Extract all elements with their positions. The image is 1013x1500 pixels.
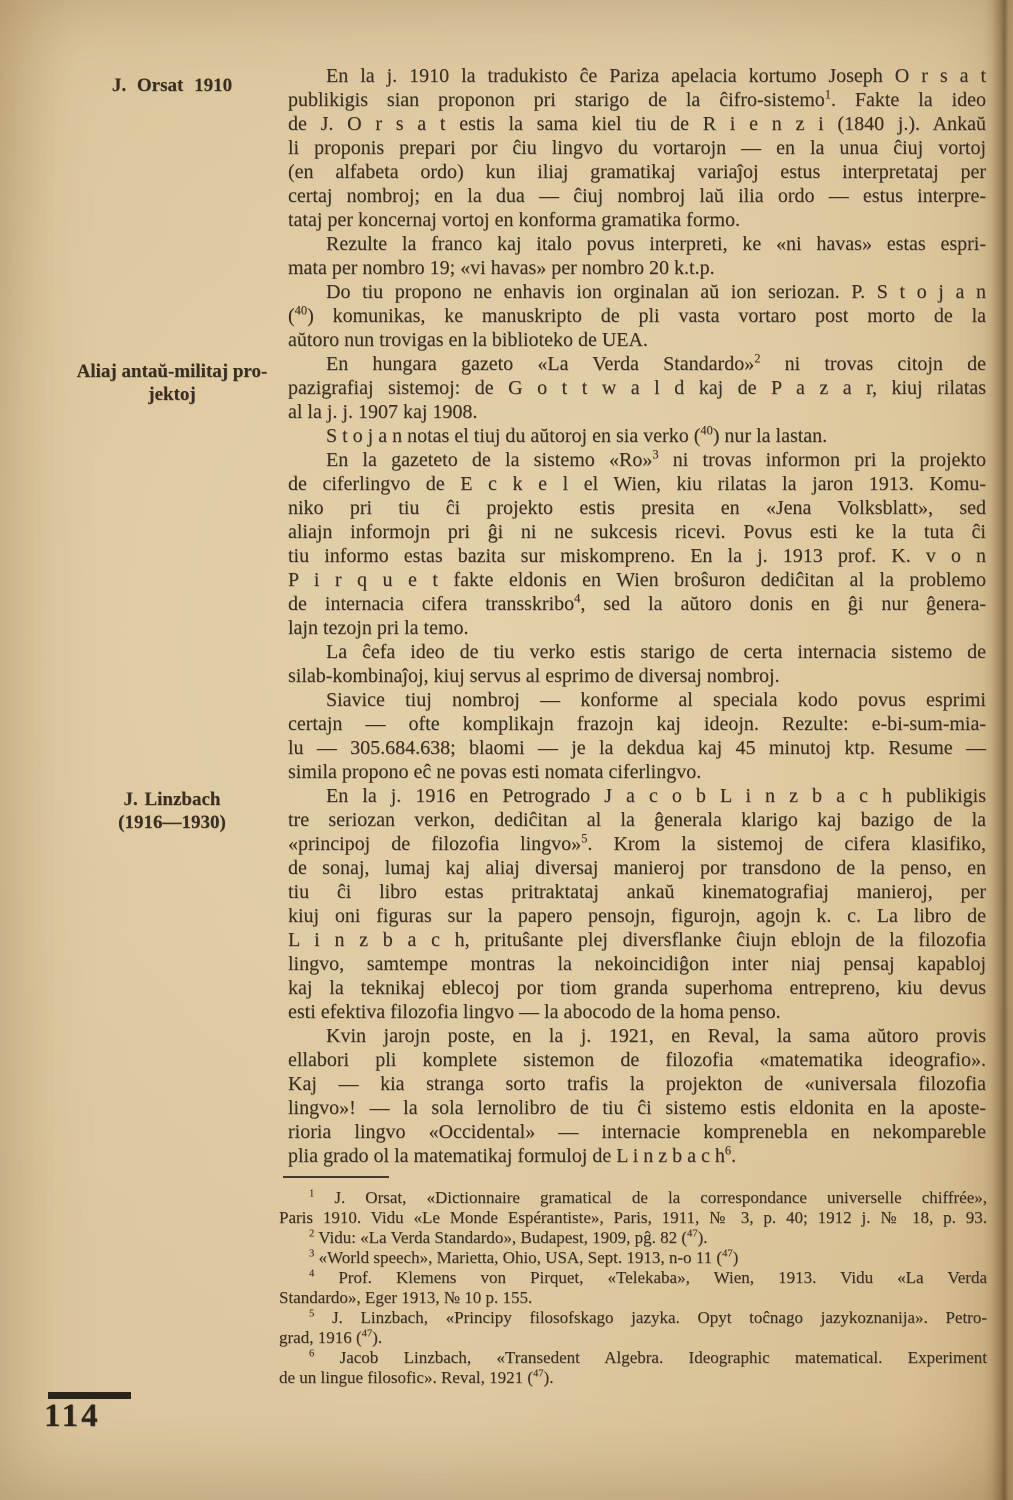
text-line: L i n z b a c h, prituŝante plej diversf… bbox=[288, 928, 986, 952]
margin-note-line: Aliaj antaŭ-militaj pro- bbox=[56, 360, 288, 383]
text-line: Rezulte la franco kaj italo povus interp… bbox=[288, 232, 986, 256]
text-line: P i r q u e t fakte eldonis en Wien broŝ… bbox=[288, 568, 986, 592]
text-line-paragraph: En la gazeteto de la sistemo «Ro»3 ni tr… bbox=[288, 448, 986, 640]
text-line: Kaj — kia stranga sorto trafis la projek… bbox=[288, 1072, 986, 1096]
text-line: tiu ĉi libro estas pritraktataj ankaŭ ki… bbox=[288, 880, 986, 904]
text-line: publikigis sian proponon pri starigo de … bbox=[288, 88, 986, 112]
footnote-line: 3 «World speech», Marietta, Ohio, USA, S… bbox=[279, 1248, 987, 1268]
margin-note-line: J. Orsat 1910 bbox=[56, 74, 288, 97]
text-line: En hungara gazeto «La Verda Standardo»2 … bbox=[288, 352, 986, 376]
page-number: 114 bbox=[44, 1398, 101, 1435]
text-line-paragraph: Siavice tiuj nombroj — konforme al speci… bbox=[288, 688, 986, 784]
text-line: plia grado ol la matematikaj formuloj de… bbox=[288, 1144, 986, 1168]
text-line: kiuj oni figuras sur la papero pensojn, … bbox=[288, 904, 986, 928]
text-line: mata per nombro 19; «vi havas» per nombr… bbox=[288, 256, 986, 280]
text-line: tataj per koncernaj vortoj en konforma g… bbox=[288, 208, 986, 232]
text-line: pazigrafiaj sistemoj: de G o t t w a l d… bbox=[288, 376, 986, 400]
text-line: de sonaj, lumaj kaj aliaj diversaj manie… bbox=[288, 856, 986, 880]
footnote-line: 6 Jacob Linzbach, «Transedent Algebra. I… bbox=[279, 1348, 987, 1368]
text-line-paragraph: La ĉefa ideo de tiu verko estis starigo … bbox=[288, 640, 986, 688]
footnote-line-paragraph: 1 J. Orsat, «Dictionnaire gramatical de … bbox=[279, 1188, 987, 1228]
text-line: lajn tezojn pri la temo. bbox=[288, 616, 986, 640]
text-line: lingvo»! — la sola lernolibro de tiu ĉi … bbox=[288, 1096, 986, 1120]
text-line: simila propono eĉ ne povas esti nomata c… bbox=[288, 760, 986, 784]
text-line: esti efektiva filozofia lingvo — la aboc… bbox=[288, 1000, 986, 1024]
footnote-line: Paris 1910. Vidu «Le Monde Espérantiste»… bbox=[279, 1208, 987, 1228]
text-line: (40) komunikas, ke manuskripto de pli va… bbox=[288, 304, 986, 328]
text-line: de internacia cifera transskribo4, sed l… bbox=[288, 592, 986, 616]
footnote-line: 1 J. Orsat, «Dictionnaire gramatical de … bbox=[279, 1188, 987, 1208]
text-line: aŭtoro nun trovigas en la biblioteko de … bbox=[288, 328, 986, 352]
footnote-line: 5 J. Linzbach, «Principy filosofskago ja… bbox=[279, 1308, 987, 1328]
text-line: de ciferlingvo de E c k e l el Wien, kiu… bbox=[288, 472, 986, 496]
footnote-line: Standardo», Eger 1913, № 10 p. 155. bbox=[279, 1288, 987, 1308]
margin-note-line: J. Linzbach bbox=[56, 788, 288, 811]
text-line: lu — 305.684.638; blaomi — je la dekdua … bbox=[288, 736, 986, 760]
margin-heading-linzbach: J. Linzbach(1916—1930) bbox=[56, 788, 288, 834]
text-line: Siavice tiuj nombroj — konforme al speci… bbox=[288, 688, 986, 712]
footnote-line: grad, 1916 (47). bbox=[279, 1328, 987, 1348]
footnote-line-paragraph: 4 Prof. Klemens von Pirquet, «Telekaba»,… bbox=[279, 1268, 987, 1308]
footnote-separator-rule bbox=[283, 1176, 389, 1178]
footnote-line: 4 Prof. Klemens von Pirquet, «Telekaba»,… bbox=[279, 1268, 987, 1288]
text-line-paragraph: En hungara gazeto «La Verda Standardo»2 … bbox=[288, 352, 986, 424]
footnotes: 1 J. Orsat, «Dictionnaire gramatical de … bbox=[279, 1188, 987, 1388]
text-line: En la j. 1910 la tradukisto ĉe Pariza ap… bbox=[288, 64, 986, 88]
text-line: al la j. j. 1907 kaj 1908. bbox=[288, 400, 986, 424]
text-line: de J. O r s a t estis la sama kiel tiu d… bbox=[288, 112, 986, 136]
text-line-paragraph: S t o j a n notas el tiuj du aŭtoroj en … bbox=[288, 424, 986, 448]
text-line-paragraph: En la j. 1910 la tradukisto ĉe Pariza ap… bbox=[288, 64, 986, 232]
footnote-line-paragraph: 5 J. Linzbach, «Principy filosofskago ja… bbox=[279, 1308, 987, 1348]
text-line: rioria lingvo «Occidental» — internacie … bbox=[288, 1120, 986, 1144]
text-line: En la gazeteto de la sistemo «Ro»3 ni tr… bbox=[288, 448, 986, 472]
text-line: Kvin jarojn poste, en la j. 1921, en Rev… bbox=[288, 1024, 986, 1048]
text-line: (en alfabeta ordo) kun iliaj gramatikaj … bbox=[288, 160, 986, 184]
margin-note-line: jektoj bbox=[56, 383, 288, 406]
footnote-line-paragraph: 6 Jacob Linzbach, «Transedent Algebra. I… bbox=[279, 1348, 987, 1388]
text-line: En la j. 1916 en Petrogrado J a c o b L … bbox=[288, 784, 986, 808]
text-line: «principoj de filozofia lingvo»5. Krom l… bbox=[288, 832, 986, 856]
text-line: La ĉefa ideo de tiu verko estis starigo … bbox=[288, 640, 986, 664]
margin-heading-orsat: J. Orsat 1910 bbox=[56, 74, 288, 97]
text-line: S t o j a n notas el tiuj du aŭtoroj en … bbox=[288, 424, 986, 448]
text-line: ellabori pli komplete sistemon de filozo… bbox=[288, 1048, 986, 1072]
text-line: lingvo, samtempe montras la nekoincidiĝo… bbox=[288, 952, 986, 976]
text-line: li proponis prepari por ĉiu lingvo du vo… bbox=[288, 136, 986, 160]
text-line-paragraph: Kvin jarojn poste, en la j. 1921, en Rev… bbox=[288, 1024, 986, 1168]
text-line-paragraph: En la j. 1916 en Petrogrado J a c o b L … bbox=[288, 784, 986, 1024]
text-line: Do tiu propono ne enhavis ion orginalan … bbox=[288, 280, 986, 304]
text-line: niko pri tiu ĉi projekto estis presita e… bbox=[288, 496, 986, 520]
text-line-paragraph: Rezulte la franco kaj italo povus interp… bbox=[288, 232, 986, 280]
footnote-line-paragraph: 3 «World speech», Marietta, Ohio, USA, S… bbox=[279, 1248, 987, 1268]
footnote-line: de un lingue filosofic». Reval, 1921 (47… bbox=[279, 1368, 987, 1388]
margin-note-line: (1916—1930) bbox=[56, 811, 288, 834]
footnote-line-paragraph: 2 Vidu: «La Verda Standardo», Budapest, … bbox=[279, 1228, 987, 1248]
text-line: tre seriozan verkon, dediĉitan al la ĝen… bbox=[288, 808, 986, 832]
text-line: certaj nombroj; en la dua — ĉiuj nombroj… bbox=[288, 184, 986, 208]
text-line: silab-kombinaĵoj, kiuj servus al esprimo… bbox=[288, 664, 986, 688]
footnote-line: 2 Vidu: «La Verda Standardo», Budapest, … bbox=[279, 1228, 987, 1248]
text-line: certajn — ofte komplikajn frazojn kaj id… bbox=[288, 712, 986, 736]
body-text: En la j. 1910 la tradukisto ĉe Pariza ap… bbox=[288, 64, 986, 1168]
margin-heading-antau-militaj-projektoj: Aliaj antaŭ-militaj pro-jektoj bbox=[56, 360, 288, 406]
text-line-paragraph: Do tiu propono ne enhavis ion orginalan … bbox=[288, 280, 986, 352]
text-line: aliajn informojn pri ĝi ni ne sukcesis r… bbox=[288, 520, 986, 544]
text-line: tiu informo estas bazita sur miskompreno… bbox=[288, 544, 986, 568]
text-line: kaj la teknikaj eblecoj por tiom granda … bbox=[288, 976, 986, 1000]
